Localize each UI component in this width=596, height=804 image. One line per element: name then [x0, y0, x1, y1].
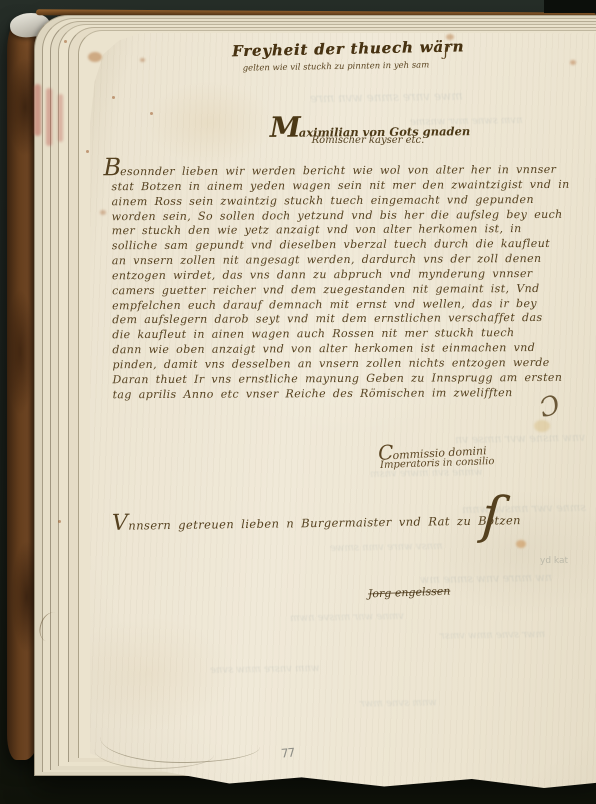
stain-speck	[64, 40, 67, 43]
cover-gap	[544, 0, 596, 13]
bleedthrough-text: vmne wnr mnsve nwm	[290, 611, 404, 624]
bleedthrough-text: mwe vnre smne wvn mre	[310, 89, 463, 106]
stain-speck	[86, 150, 89, 153]
body-text-block: Besonnder lieben wir werden bericht wie …	[111, 158, 582, 403]
manuscript-scan: mwe vnre smne wvn mre nvm swne mvr wnsme…	[0, 0, 596, 804]
stain-speck	[112, 96, 115, 99]
stain-speck	[58, 520, 61, 523]
stain	[140, 58, 145, 62]
intitulatio-line-2: Römischer kayser etc.	[258, 135, 478, 146]
bleedthrough-text: wnm svne mwr	[360, 697, 437, 709]
stain-speck	[150, 112, 153, 115]
bleedthrough-text: mnsv wnre vmn smwe	[330, 541, 443, 554]
stain	[570, 60, 576, 65]
body-line: Besonnder lieben wir werden bericht wie …	[111, 158, 581, 180]
bleedthrough-text: nw mnre vnw smne mw	[420, 571, 552, 586]
manuscript-page	[90, 33, 596, 788]
fore-edge-red-mark	[58, 94, 63, 142]
fore-edge-red-mark	[46, 88, 52, 146]
body-line: tag aprilis Anno etc vnser Reiche des Rö…	[113, 385, 583, 402]
folio-number-pencil: 77	[280, 745, 294, 760]
fore-edge-red-mark	[34, 84, 41, 136]
stain	[516, 540, 526, 548]
bleedthrough-text: mwr svne nmw vmsr	[440, 629, 545, 642]
heading-paraph-flourish: ʃ	[444, 44, 448, 60]
stain	[100, 210, 106, 215]
bleedthrough-text: wnm vnsre mnw svne	[210, 663, 320, 676]
stain	[88, 52, 102, 62]
pencil-mark: yd kat	[540, 556, 568, 566]
